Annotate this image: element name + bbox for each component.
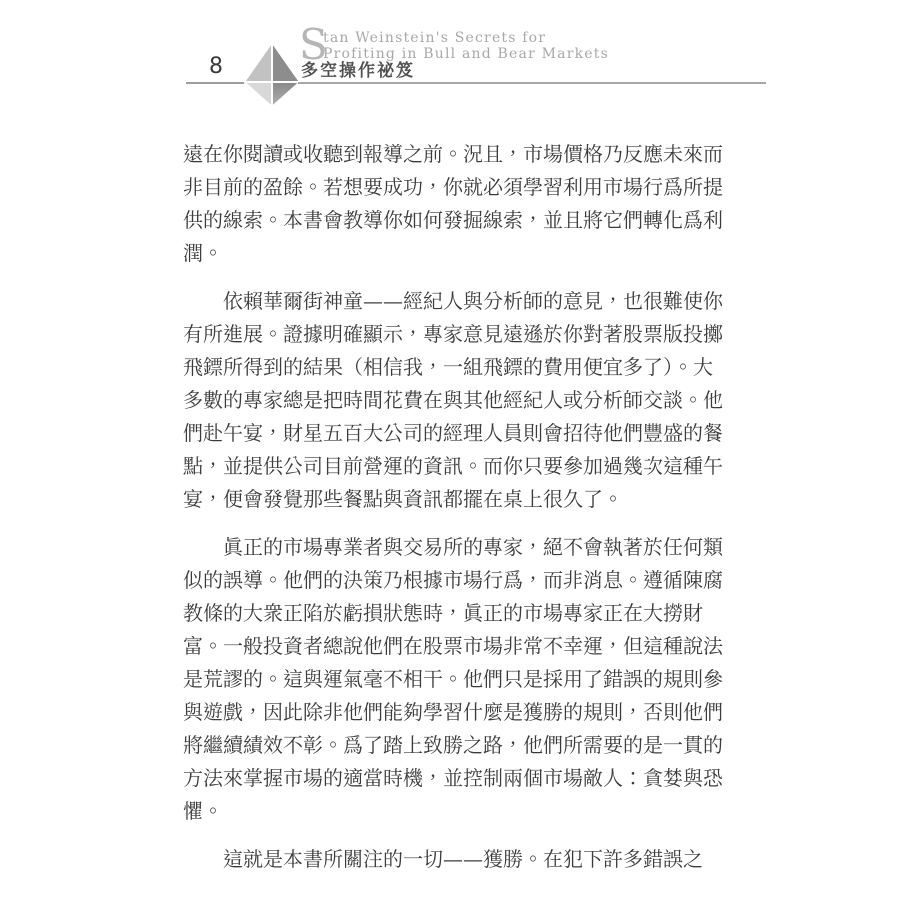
text-line: 多數的專家總是把時間花費在與其他經紀人或分析師交談。他 bbox=[183, 384, 731, 417]
title-chinese: 多空操作祕笈 bbox=[301, 61, 415, 81]
text-line: 是荒謬的。這與運氣毫不相干。他們只是採用了錯誤的規則參 bbox=[183, 663, 731, 696]
text-line: 懼。 bbox=[183, 795, 731, 828]
text-line: 們赴午宴，財星五百大公司的經理人員則會招待他們豐盛的餐 bbox=[183, 417, 731, 450]
paragraph: 眞正的市場專業者與交易所的專家，絕不會執著於任何類似的誤導。他們的決策乃根據市場… bbox=[183, 531, 731, 828]
text-line: 非目前的盈餘。若想要成功，你就必須學習利用市場行爲所提 bbox=[183, 171, 731, 204]
paragraph: 遠在你閱讀或收聽到報導之前。況且，市場價格乃反應未來而非目前的盈餘。若想要成功，… bbox=[183, 138, 731, 270]
text-line: 似的誤導。他們的決策乃根據市場行爲，而非消息。遵循陳腐 bbox=[183, 564, 731, 597]
title-english-line1: tan Weinstein's Secrets for bbox=[323, 31, 546, 46]
text-line: 供的線索。本書會教導你如何發掘線索，並且將它們轉化爲利 bbox=[183, 204, 731, 237]
paragraph: 這就是本書所關注的一切——獲勝。在犯下許多錯誤之 bbox=[183, 843, 731, 876]
text-line: 將繼續績效不彰。爲了踏上致勝之路，他們所需要的是一貫的 bbox=[183, 729, 731, 762]
text-line: 遠在你閱讀或收聽到報導之前。況且，市場價格乃反應未來而 bbox=[183, 138, 731, 171]
text-line: 飛鏢所得到的結果（相信我，一組飛鏢的費用便宜多了）。大 bbox=[183, 351, 731, 384]
text-line: 方法來掌握市場的適當時機，並控制兩個市場敵人：貪婪與恐 bbox=[183, 762, 731, 795]
text-line: 富。一般投資者總說他們在股票市場非常不幸運，但這種說法 bbox=[183, 630, 731, 663]
page-number-underline bbox=[186, 82, 246, 84]
text-line: 潤。 bbox=[183, 237, 731, 270]
text-line: 點，並提供公司目前營運的資訊。而你只要參加過幾次這種午 bbox=[183, 450, 731, 483]
text-line: 與遊戲，因此除非他們能夠學習什麼是獲勝的規則，否則他們 bbox=[183, 696, 731, 729]
text-line: 有所進展。證據明確顯示，專家意見遠遜於你對著股票版投擲 bbox=[183, 318, 731, 351]
text-line: 這就是本書所關注的一切——獲勝。在犯下許多錯誤之 bbox=[183, 843, 731, 876]
text-line: 宴，便會發覺那些餐點與資訊都擺在桌上很久了。 bbox=[183, 483, 731, 516]
diamond-logo bbox=[244, 42, 300, 107]
body-text: 遠在你閱讀或收聽到報導之前。況且，市場價格乃反應未來而非目前的盈餘。若想要成功，… bbox=[183, 138, 731, 891]
text-line: 教條的大衆正陷於虧損狀態時，眞正的市場專家正在大撈財 bbox=[183, 597, 731, 630]
paragraph: 依賴華爾街神童——經紀人與分析師的意見，也很難使你有所進展。證據明確顯示，專家意… bbox=[183, 285, 731, 516]
header-rule bbox=[298, 82, 766, 84]
page-number: 8 bbox=[186, 54, 246, 79]
text-line: 依賴華爾街神童——經紀人與分析師的意見，也很難使你 bbox=[183, 285, 731, 318]
book-page: 8 S tan Weinstein's Secrets for Profitin… bbox=[0, 0, 900, 900]
title-english-line2: Profiting in Bull and Bear Markets bbox=[323, 47, 609, 62]
text-line: 眞正的市場專業者與交易所的專家，絕不會執著於任何類 bbox=[183, 531, 731, 564]
